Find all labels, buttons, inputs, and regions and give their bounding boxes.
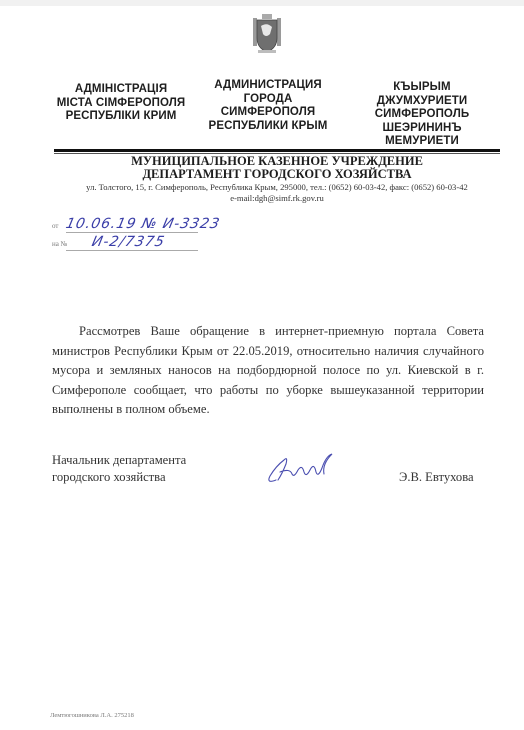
header-line: МЕМУРИЕТИ bbox=[362, 135, 482, 149]
email: e-mail:dgh@simf.rk.gov.ru bbox=[40, 193, 514, 204]
signatory-name: Э.В. Евтухова bbox=[399, 470, 474, 485]
header-line: РЕСПУБЛИКИ КРЫМ bbox=[206, 120, 330, 134]
header-crimean-tatar: КЪЫРЫМ ДЖУМХУРИЕТИ СИМФЕРОПОЛЬ ШЕЭРИНИНЪ… bbox=[362, 81, 482, 149]
header-divider bbox=[54, 149, 500, 152]
header-line: ШЕЭРИНИНЪ bbox=[362, 122, 482, 136]
letter-body: Рассмотрев Ваше обращение в интернет-при… bbox=[52, 322, 484, 420]
header-russian: АДМИНИСТРАЦИЯ ГОРОДА СИМФЕРОПОЛЯ РЕСПУБЛ… bbox=[206, 79, 330, 133]
organization-contacts: ул. Толстого, 15, г. Симферополь, Респуб… bbox=[40, 182, 514, 204]
executor-note: Лемтюгошникова Л.А. 275218 bbox=[50, 712, 134, 719]
address: ул. Толстого, 15, г. Симферополь, Респуб… bbox=[40, 182, 514, 193]
header-line: РЕСПУБЛІКИ КРИМ bbox=[56, 110, 186, 124]
header-line: АДМІНІСТРАЦІЯ bbox=[56, 83, 186, 97]
header-line: СИМФЕРОПОЛЯ bbox=[206, 106, 330, 120]
header-line: ГОРОДА bbox=[206, 93, 330, 107]
ref-to-value: И-2/7375 bbox=[90, 234, 166, 250]
ref-from-label: от bbox=[52, 222, 58, 230]
organization-name: МУНИЦИПАЛЬНОЕ КАЗЕННОЕ УЧРЕЖДЕНИЕ ДЕПАРТ… bbox=[54, 155, 500, 181]
signatory-title-line: Начальник департамента bbox=[52, 452, 186, 469]
ref-from-value: 10.06.19 № И-3323 bbox=[64, 216, 221, 232]
stray-mark bbox=[77, 410, 79, 412]
header-line: МІСТА СІМФЕРОПОЛЯ bbox=[56, 97, 186, 111]
organization-line: ДЕПАРТАМЕНТ ГОРОДСКОГО ХОЗЯЙСТВА bbox=[54, 168, 500, 181]
ref-from-line bbox=[66, 232, 198, 233]
header-line: КЪЫРЫМ bbox=[362, 81, 482, 95]
header-line: АДМИНИСТРАЦИЯ bbox=[206, 79, 330, 93]
handwritten-signature-icon bbox=[262, 450, 342, 486]
ref-to-line bbox=[66, 250, 198, 251]
scan-top-band bbox=[0, 0, 524, 6]
signatory-title: Начальник департамента городского хозяйс… bbox=[52, 452, 186, 486]
body-paragraph: Рассмотрев Ваше обращение в интернет-при… bbox=[52, 322, 484, 420]
header-line: СИМФЕРОПОЛЬ bbox=[362, 108, 482, 122]
header-line: ДЖУМХУРИЕТИ bbox=[362, 95, 482, 109]
signatory-title-line: городского хозяйства bbox=[52, 469, 186, 486]
header-ukrainian: АДМІНІСТРАЦІЯ МІСТА СІМФЕРОПОЛЯ РЕСПУБЛІ… bbox=[56, 83, 186, 124]
crimea-coat-of-arms-icon bbox=[252, 12, 282, 56]
ref-to-label: на № bbox=[52, 240, 67, 248]
